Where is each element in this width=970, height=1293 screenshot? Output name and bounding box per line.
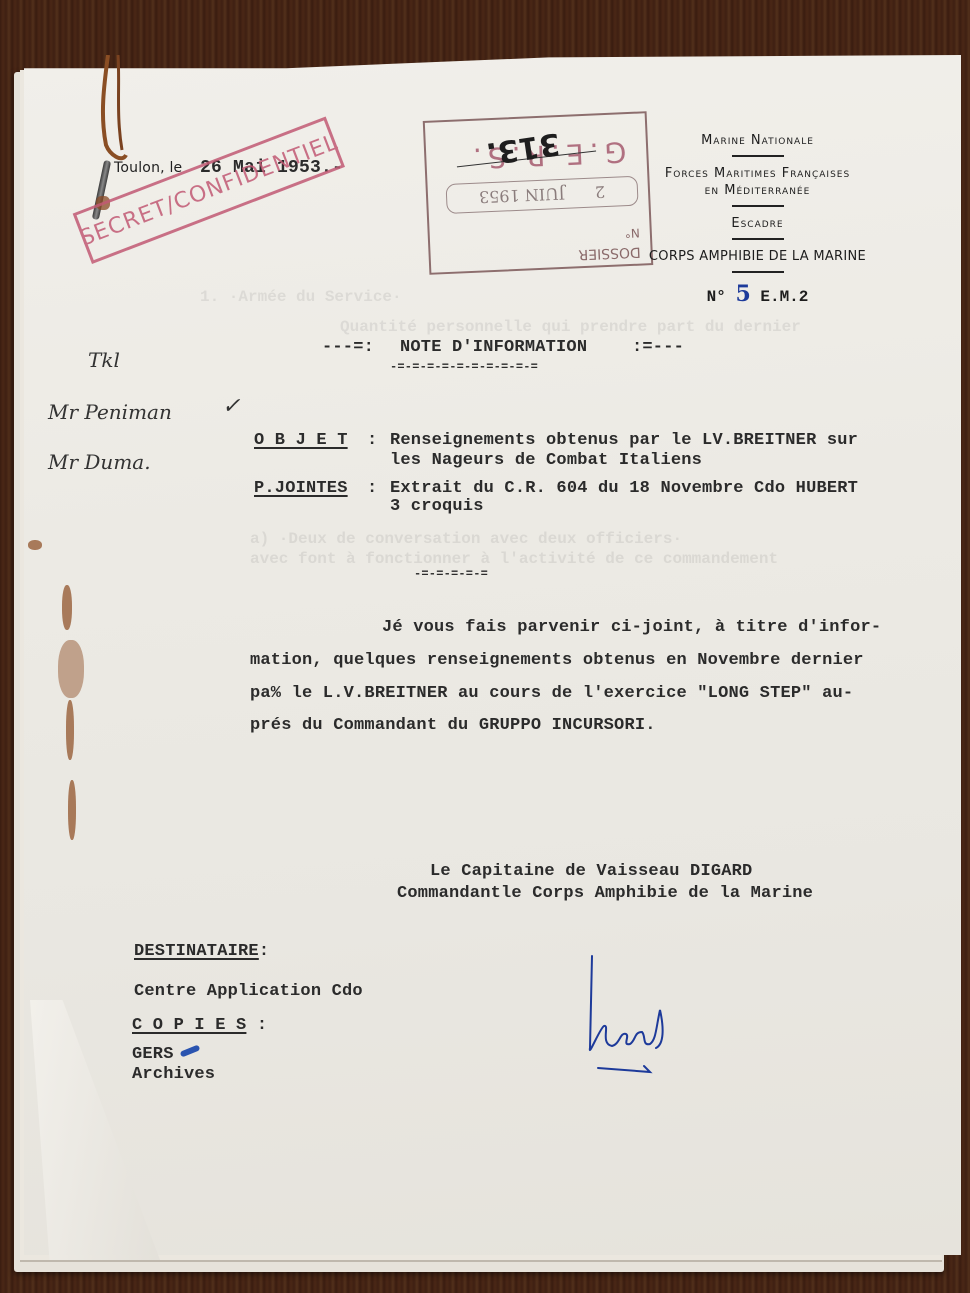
handwritten-signature-icon [560, 948, 690, 1078]
copies-separator: : [257, 1016, 267, 1035]
body-line-3: pa% le L.V.BREITNER au cours de l'exerci… [250, 684, 853, 703]
title-left-ornament: ---=: [322, 338, 374, 357]
letterhead-rule [732, 238, 784, 240]
stamp-dossier-label: DOSSIER [578, 244, 641, 263]
handwritten-note-3: Mr Duma. [48, 450, 151, 474]
letterhead-rule [732, 271, 784, 273]
body-line-2: mation, quelques renseignements obtenus … [250, 651, 864, 670]
copies-heading: C O P I E S : [132, 1016, 267, 1035]
rust-stain [58, 640, 84, 698]
checkmark-icon: ✓ [222, 394, 240, 419]
signature-line-2: Commandantle Corps Amphibie de la Marine [397, 884, 813, 903]
recipients-separator: : [259, 942, 269, 961]
document-title: NOTE D'INFORMATION [400, 338, 587, 357]
reference-number: N° 5 E.M.2 [640, 281, 875, 307]
pieces-jointes-line-2: 3 croquis [390, 497, 484, 516]
pieces-jointes-line-1: Extrait du C.R. 604 du 18 Novembre Cdo H… [390, 479, 858, 498]
signature-line-1: Le Capitaine de Vaisseau DIGARD [430, 862, 752, 881]
rust-stain [66, 700, 74, 760]
letterhead-line-5: CORPS AMPHIBIE DE LA MARINE [640, 248, 875, 265]
letterhead: Marine Nationale Forces Maritimes França… [640, 132, 875, 307]
rust-stain [62, 585, 72, 630]
letterhead-line-3: en Méditerranée [640, 182, 875, 199]
pieces-jointes-label: P.JOINTES [254, 479, 348, 498]
copies-item-archives: Archives [132, 1065, 215, 1084]
pieces-jointes-separator: : [367, 479, 377, 498]
stamp-date-day: 2 [595, 183, 606, 202]
body-line-4: prés du Commandant du GRUPPO INCURSORI. [250, 716, 656, 735]
objet-label: O B J E T [254, 431, 348, 450]
objet-separator: : [367, 431, 377, 450]
stamp-date-month-year: JUIN 1953 [479, 184, 566, 207]
copies-item-gers: GERS [132, 1045, 174, 1064]
title-right-ornament: :=--- [632, 338, 684, 357]
objet-line-1: Renseignements obtenus par le LV.BREITNE… [390, 431, 858, 450]
string-tie-icon [96, 55, 136, 175]
rust-stain [28, 540, 42, 550]
bleed-through-text: avec font à fonctionner à l'activité de … [250, 550, 778, 568]
body-line-1: Jé vous fais parvenir ci-joint, à titre … [382, 618, 881, 637]
handwritten-note-1: Tkl [88, 348, 120, 372]
letterhead-line-4: Escadre [640, 215, 875, 232]
copies-label: C O P I E S [132, 1016, 246, 1035]
recipients-value: Centre Application Cdo [134, 982, 363, 1001]
reference-prefix: N° [707, 288, 726, 306]
section-divider: -=-=-=-=-= [414, 567, 488, 581]
bleed-through-text: a) ·Deux de conversation avec deux offic… [250, 530, 682, 548]
bleed-through-text: 1. ·Armée du Service· [200, 288, 402, 306]
reception-stamp: DOSSIER N° 2 JUIN 1953 G.E.R.S. 313. [423, 111, 654, 275]
rust-stain [68, 780, 76, 840]
recipients-label: DESTINATAIRE [134, 942, 259, 961]
recipients-heading: DESTINATAIRE: [134, 942, 269, 961]
bleed-through-text: Quantité personnelle qui prendre part du… [340, 318, 801, 336]
letterhead-rule [732, 205, 784, 207]
reference-number-handwritten: 5 [735, 281, 750, 307]
stamp-number-label: N° [625, 226, 641, 241]
letterhead-rule [732, 155, 784, 157]
reference-suffix: E.M.2 [760, 288, 808, 306]
letterhead-line-2: Forces Maritimes Françaises [640, 165, 875, 182]
objet-line-2: les Nageurs de Combat Italiens [390, 451, 702, 470]
handwritten-note-2: Mr Peniman [48, 400, 172, 424]
letterhead-line-1: Marine Nationale [640, 132, 875, 149]
title-underline: -=-=-=-=-=-=-=-=-=-= [390, 360, 538, 374]
stamp-date: 2 JUIN 1953 [446, 176, 639, 214]
place-label: Toulon, le [114, 160, 182, 176]
